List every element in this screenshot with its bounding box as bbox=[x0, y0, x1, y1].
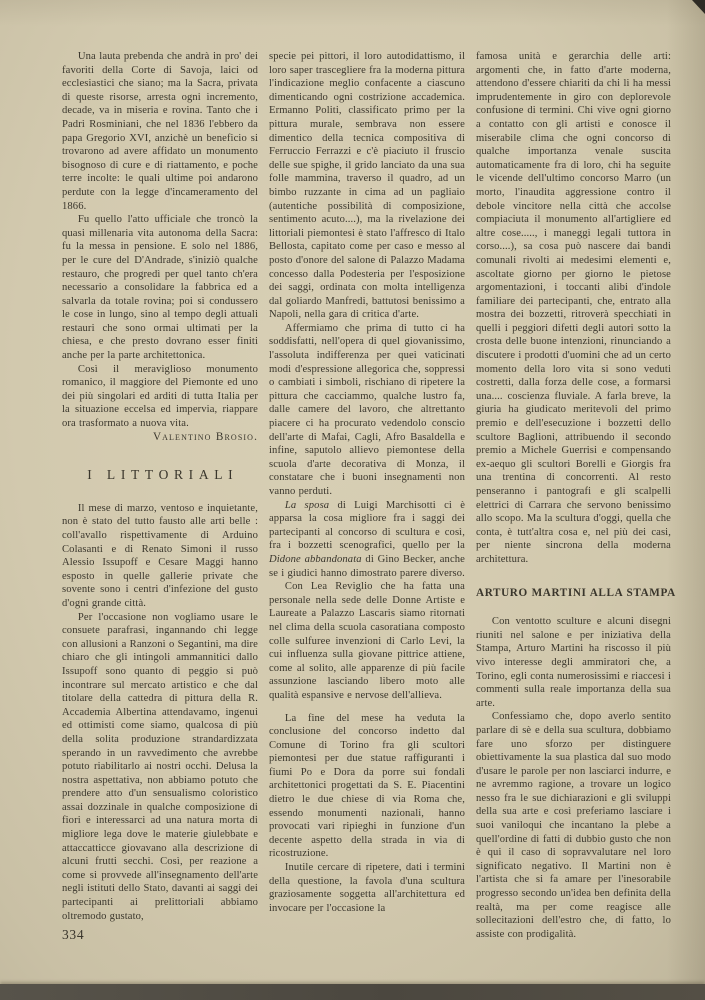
paragraph: Con Lea Reviglio che ha fatta una person… bbox=[269, 580, 465, 702]
paragraph: Inutile cercare di ripetere, dati i term… bbox=[269, 861, 465, 915]
paragraph: Affermiamo che prima di tutto ci ha sodd… bbox=[269, 322, 465, 499]
text-column-center: specie pei pittori, il loro autodidattis… bbox=[269, 50, 465, 915]
section-title-littoriali: I LITTORIALI bbox=[62, 468, 258, 482]
paragraph: Confessiamo che, dopo averlo sentito par… bbox=[476, 710, 671, 941]
text-column-left: Una lauta prebenda che andrà in pro' dei… bbox=[62, 50, 258, 923]
italic-title: La sposa bbox=[285, 500, 329, 511]
paragraph: Per l'occasione non vogliamo usare le co… bbox=[62, 611, 258, 924]
paragraph: Fu quello l'atto ufficiale che troncò la… bbox=[62, 213, 258, 363]
page-number: 334 bbox=[62, 927, 84, 943]
paragraph: Con ventotto sculture e alcuni disegni r… bbox=[476, 615, 671, 710]
paragraph: specie pei pittori, il loro autodidattis… bbox=[269, 50, 465, 322]
section-title-arturo-martini: ARTURO MARTINI ALLA STAMPA bbox=[476, 587, 671, 601]
scanned-book-page: Una lauta prebenda che andrà in pro' dei… bbox=[0, 0, 705, 1000]
paragraph: Così il meraviglioso monumento romanico,… bbox=[62, 363, 258, 431]
photo-background-band bbox=[0, 984, 705, 1000]
paragraph: La fine del mese ha veduta la conclusion… bbox=[269, 712, 465, 862]
paragraph: famosa unità e gerarchia delle arti: arg… bbox=[476, 50, 671, 567]
paragraph: La sposa di Luigi Marchisotti ci è appar… bbox=[269, 499, 465, 581]
page-corner-shadow bbox=[692, 0, 705, 14]
paragraph: Il mese di marzo, ventoso e inquietante,… bbox=[62, 502, 258, 611]
paragraph: Una lauta prebenda che andrà in pro' dei… bbox=[62, 50, 258, 213]
text-column-right: famosa unità e gerarchia delle arti: arg… bbox=[476, 50, 671, 941]
author-byline: Valentino Brosio. bbox=[62, 431, 258, 445]
italic-title: Didone abbandonata bbox=[269, 554, 362, 565]
